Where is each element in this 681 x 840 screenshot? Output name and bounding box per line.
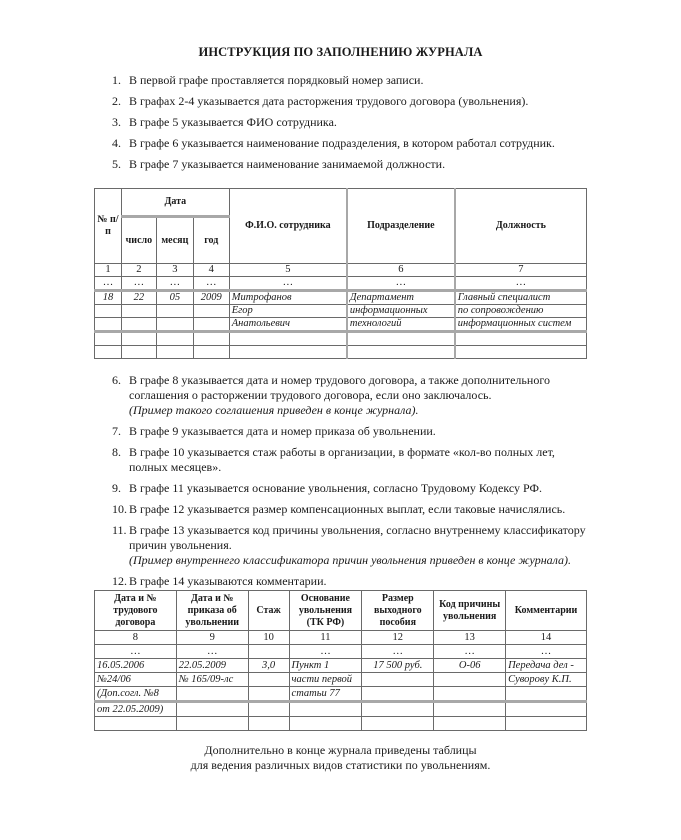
- table-cell: Департамент: [347, 291, 455, 305]
- table-cell: [156, 318, 193, 332]
- table-header: Дата и № трудового договора: [95, 591, 177, 631]
- table-cell: [289, 702, 362, 717]
- instruction-item: 8.В графе 10 указывается стаж работы в о…: [112, 445, 592, 475]
- instruction-item: 4.В графе 6 указывается наименование под…: [112, 136, 592, 151]
- instruction-item: 9.В графе 11 указывается основание уволь…: [112, 481, 592, 496]
- item-number: 2.: [112, 94, 121, 109]
- table-cell: [176, 702, 248, 717]
- table-row: [95, 332, 587, 346]
- table-cell: части первой: [289, 673, 362, 687]
- table-row: 16.05.200622.05.20093,0Пункт 117 500 руб…: [95, 659, 587, 673]
- table-cell: …: [362, 645, 434, 659]
- item-note: (Пример такого соглашения приведен в кон…: [129, 403, 592, 418]
- table-cell: [156, 346, 193, 359]
- table-cell: 16.05.2006: [95, 659, 177, 673]
- table-cell: 6: [347, 264, 455, 277]
- table-cell: [506, 687, 587, 702]
- table-row: [95, 717, 587, 731]
- table-cell: [95, 318, 122, 332]
- item-text: В первой графе проставляется порядковый …: [129, 73, 423, 87]
- table-cell: № 165/09-лс: [176, 673, 248, 687]
- table-cell: [121, 305, 156, 318]
- item-number: 1.: [112, 73, 121, 88]
- table-cell: 14: [506, 631, 587, 645]
- table-cell: статьи 77: [289, 687, 362, 702]
- table-cell: 18: [95, 291, 122, 305]
- item-text: В графе 11 указывается основание увольне…: [129, 481, 542, 495]
- header-position: Должность: [455, 189, 587, 264]
- instruction-item: 5.В графе 7 указывается наименование зан…: [112, 157, 592, 172]
- table-cell: [121, 332, 156, 346]
- table-cell: [362, 717, 434, 731]
- table-cell: …: [347, 277, 455, 291]
- item-number: 10.: [112, 502, 127, 517]
- table-cell: №24/06: [95, 673, 177, 687]
- table-cell: …: [434, 645, 506, 659]
- table-cell: …: [121, 277, 156, 291]
- item-number: 5.: [112, 157, 121, 172]
- table-cell: [176, 687, 248, 702]
- table-row: №24/06№ 165/09-лсчасти первойСуворову К.…: [95, 673, 587, 687]
- item-text: В графе 14 указываются комментарии.: [129, 574, 327, 588]
- table-cell: 22.05.2009: [176, 659, 248, 673]
- header-department: Подразделение: [347, 189, 455, 264]
- item-number: 7.: [112, 424, 121, 439]
- table-cell: …: [95, 645, 177, 659]
- table-cell: [229, 332, 347, 346]
- table-cell: 11: [289, 631, 362, 645]
- table-cell: О-06: [434, 659, 506, 673]
- table-cell: [95, 717, 177, 731]
- item-note: (Пример внутреннего классификатора причи…: [129, 553, 592, 568]
- table-cell: 8: [95, 631, 177, 645]
- table-cell: …: [506, 645, 587, 659]
- table-cell: …: [156, 277, 193, 291]
- table-cell: (Доп.согл. №8: [95, 687, 177, 702]
- journal-table-part2: Дата и № трудового договораДата и № прик…: [94, 590, 587, 731]
- item-text: В графе 8 указывается дата и номер трудо…: [129, 373, 550, 402]
- table-cell: [156, 305, 193, 318]
- table-cell: Суворову К.П.: [506, 673, 587, 687]
- table-cell: [193, 332, 229, 346]
- item-number: 6.: [112, 373, 121, 388]
- table-cell: [455, 332, 587, 346]
- table-cell: [176, 717, 248, 731]
- table-cell: Передача дел -: [506, 659, 587, 673]
- table-row: Анатольевичтехнологийинформационных сист…: [95, 318, 587, 332]
- table-cell: …: [229, 277, 347, 291]
- table-cell: [455, 346, 587, 359]
- table-cell: [347, 346, 455, 359]
- table-cell: информационных систем: [455, 318, 587, 332]
- instructions-list-2: 6.В графе 8 указывается дата и номер тру…: [112, 373, 592, 595]
- item-number: 9.: [112, 481, 121, 496]
- item-number: 4.: [112, 136, 121, 151]
- instruction-item: 3.В графе 5 указывается ФИО сотрудника.: [112, 115, 592, 130]
- footer-line-1: Дополнительно в конце журнала приведены …: [0, 743, 681, 758]
- instruction-item: 2.В графах 2-4 указывается дата расторже…: [112, 94, 592, 109]
- table-header: Дата и № приказа об увольнении: [176, 591, 248, 631]
- table-cell: [506, 702, 587, 717]
- table-cell: [193, 346, 229, 359]
- table-cell: 2: [121, 264, 156, 277]
- item-text: В графе 13 указывается код причины уволь…: [129, 523, 586, 552]
- table-cell: Главный специалист: [455, 291, 587, 305]
- item-text: В графе 5 указывается ФИО сотрудника.: [129, 115, 337, 129]
- instruction-item: 11.В графе 13 указывается код причины ув…: [112, 523, 592, 568]
- item-text: В графе 6 указывается наименование подра…: [129, 136, 555, 150]
- table-cell: информационных: [347, 305, 455, 318]
- table-row: 1234567: [95, 264, 587, 277]
- table-cell: …: [455, 277, 587, 291]
- table-header: Код причины увольнения: [434, 591, 506, 631]
- table-cell: [229, 346, 347, 359]
- table-cell: Пункт 1: [289, 659, 362, 673]
- table-cell: 9: [176, 631, 248, 645]
- table-cell: [156, 332, 193, 346]
- header-day: число: [121, 217, 156, 264]
- table-cell: [506, 717, 587, 731]
- table-cell: …: [193, 277, 229, 291]
- table-cell: [193, 305, 229, 318]
- item-text: В графе 12 указывается размер компенсаци…: [129, 502, 565, 516]
- table-cell: 13: [434, 631, 506, 645]
- item-text: В графе 9 указывается дата и номер прика…: [129, 424, 436, 438]
- table-cell: …: [176, 645, 248, 659]
- table-cell: [95, 346, 122, 359]
- table-row: Егоринформационныхпо сопровождению: [95, 305, 587, 318]
- instructions-list-1: 1.В первой графе проставляется порядковы…: [112, 73, 592, 178]
- table-cell: [248, 702, 289, 717]
- item-text: В графе 7 указывается наименование заним…: [129, 157, 445, 171]
- table-cell: 5: [229, 264, 347, 277]
- table-cell: 3: [156, 264, 193, 277]
- table-row: …………………: [95, 277, 587, 291]
- table-cell: 2009: [193, 291, 229, 305]
- table-cell: Егор: [229, 305, 347, 318]
- table-cell: [347, 332, 455, 346]
- table-cell: [121, 318, 156, 332]
- table-cell: [248, 717, 289, 731]
- table-cell: [289, 717, 362, 731]
- table-cell: [362, 687, 434, 702]
- table-cell: [434, 702, 506, 717]
- table-cell: 4: [193, 264, 229, 277]
- table-cell: 22: [121, 291, 156, 305]
- table-cell: [248, 673, 289, 687]
- table-cell: [434, 673, 506, 687]
- table-row: ………………: [95, 645, 587, 659]
- table-cell: 10: [248, 631, 289, 645]
- table-cell: 1: [95, 264, 122, 277]
- table-cell: Анатольевич: [229, 318, 347, 332]
- item-text: В графе 10 указывается стаж работы в орг…: [129, 445, 555, 474]
- table-cell: Митрофанов: [229, 291, 347, 305]
- item-number: 8.: [112, 445, 121, 460]
- table-cell: [248, 645, 289, 659]
- header-num: № п/п: [95, 189, 122, 264]
- journal-table-part1: № п/п Дата Ф.И.О. сотрудника Подразделен…: [94, 188, 587, 359]
- table-row: от 22.05.2009): [95, 702, 587, 717]
- instruction-item: 10.В графе 12 указывается размер компенс…: [112, 502, 592, 517]
- table-cell: от 22.05.2009): [95, 702, 177, 717]
- table-row: (Доп.согл. №8статьи 77: [95, 687, 587, 702]
- table-cell: [362, 702, 434, 717]
- table-row: [95, 346, 587, 359]
- instruction-item: 12.В графе 14 указываются комментарии.: [112, 574, 592, 589]
- table-cell: [121, 346, 156, 359]
- table-cell: 3,0: [248, 659, 289, 673]
- item-number: 11.: [112, 523, 127, 538]
- item-number: 3.: [112, 115, 121, 130]
- footer-line-2: для ведения различных видов статистики п…: [0, 758, 681, 773]
- instruction-item: 6.В графе 8 указывается дата и номер тру…: [112, 373, 592, 418]
- table-cell: [95, 305, 122, 318]
- header-date: Дата: [121, 189, 229, 217]
- table-cell: 12: [362, 631, 434, 645]
- table-cell: [248, 687, 289, 702]
- table-cell: технологий: [347, 318, 455, 332]
- table-cell: по сопровождению: [455, 305, 587, 318]
- table-cell: 05: [156, 291, 193, 305]
- table-header: Размер выходного пособия: [362, 591, 434, 631]
- table-row: 1822052009МитрофановДепартаментГлавный с…: [95, 291, 587, 305]
- table-cell: [95, 332, 122, 346]
- table-cell: [434, 717, 506, 731]
- instruction-item: 7.В графе 9 указывается дата и номер при…: [112, 424, 592, 439]
- table-header: Стаж: [248, 591, 289, 631]
- table-header: Основание увольнения (ТК РФ): [289, 591, 362, 631]
- table-cell: [362, 673, 434, 687]
- table-cell: [193, 318, 229, 332]
- table-cell: …: [289, 645, 362, 659]
- table-cell: [434, 687, 506, 702]
- header-month: месяц: [156, 217, 193, 264]
- instruction-item: 1.В первой графе проставляется порядковы…: [112, 73, 592, 88]
- item-number: 12.: [112, 574, 127, 589]
- table-row: 891011121314: [95, 631, 587, 645]
- table-cell: …: [95, 277, 122, 291]
- table-header: Комментарии: [506, 591, 587, 631]
- header-year: год: [193, 217, 229, 264]
- footer-note: Дополнительно в конце журнала приведены …: [0, 743, 681, 773]
- table-cell: 7: [455, 264, 587, 277]
- item-text: В графах 2-4 указывается дата расторжени…: [129, 94, 528, 108]
- document-title: ИНСТРУКЦИЯ ПО ЗАПОЛНЕНИЮ ЖУРНАЛА: [0, 45, 681, 60]
- table-cell: 17 500 руб.: [362, 659, 434, 673]
- header-fio: Ф.И.О. сотрудника: [229, 189, 347, 264]
